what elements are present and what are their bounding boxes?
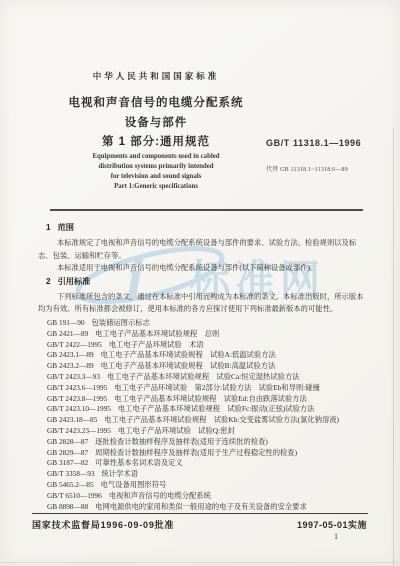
reference-item: GB/T 2423.23—1995电工电子产品环境试验 试验Q:密封 — [47, 426, 369, 437]
reference-title: 电网电源供电的家用和类似一般用途的电子及有关设备的安全要求 — [95, 502, 307, 511]
reference-title: 电工电子产品基本环境试验规程 试验Ca:恒定湿热试验方法 — [107, 372, 300, 381]
document-page: i 标准网 中华人民共和国国家标准 电视和声音信号的电缆分配系统 设备与部件 第… — [0, 0, 400, 566]
reference-title: 周期检查计数抽样程序及抽样表(适用于生产过程稳定性的检查) — [95, 448, 297, 457]
standard-type-label: 中华人民共和国国家标准 — [0, 70, 312, 82]
reference-title: 电工电子产品基本环境试验规程 总则 — [95, 329, 219, 338]
reference-title: 电工电子产品基本环境试验规程 试验B:高温试验方法 — [101, 361, 276, 370]
section-heading-references: 2引用标准 — [46, 277, 369, 287]
page-number: 1 — [334, 532, 338, 541]
reference-item: GB/T 2423.10—1995电工电子产品基本环境试验规程 试验Fc:振动(… — [47, 404, 369, 415]
reference-title: 逐批检查计数抽样程序及抽样表(适用于连续批的检查) — [95, 437, 268, 446]
footer-divider — [32, 513, 368, 514]
reference-code: GB 8898—88 — [47, 502, 88, 511]
reference-item: GB 2423.18—85电工电子产品基本环境试验规程 试验Kb:交变盐雾试验方… — [47, 415, 369, 426]
implementation-note: 1997-05-01实施 — [297, 518, 367, 531]
scope-paragraph-2: 本标准适用于电视和声音信号的电缆分配系统设备与部件(以下简称设备或部件)。 — [38, 262, 369, 275]
reference-title: 电工电子产品环境试验 术语 — [109, 340, 204, 349]
reference-title: 包装储运图示标志 — [92, 318, 150, 327]
reference-item: GB 2829—87周期检查计数抽样程序及抽样表(适用于生产过程稳定性的检查) — [47, 448, 369, 459]
scope-paragraph-1: 本标准规定了电视和声音信号的电缆分配系统设备与部件的要求、试验方法、检验规则以及… — [38, 237, 369, 262]
reference-item: GB/T 6510—1996电视和声音信号的电缆分配系统 — [47, 491, 369, 502]
reference-item: GB 8898—88电网电源供电的家用和类似一般用途的电子及有关设备的安全要求 — [47, 502, 369, 513]
reference-item: GB/T 2423.3—93电工电子产品基本环境试验规程 试验Ca:恒定湿热试验… — [47, 372, 369, 383]
reference-code: GB 5465.2—85 — [47, 480, 94, 489]
reference-title: 电视和声音信号的电缆分配系统 — [109, 491, 211, 500]
reference-code: GB/T 2423.23—1995 — [47, 426, 111, 435]
english-title-line1: Equipments and components used in cabled — [0, 152, 312, 162]
reference-code: GB/T 2422—1995 — [47, 340, 102, 349]
reference-title: 电工电子产品环境试验 第2部分:试验方法 试验Eb和导则:碰撞 — [114, 383, 320, 392]
reference-item: GB 191—90包装储运图示标志 — [47, 318, 369, 329]
standard-number: GB/T 11318.1—1996 — [266, 138, 361, 148]
reference-title: 电气设备用图形符号 — [101, 480, 167, 489]
reference-code: GB/T 2423.8—1995 — [47, 394, 107, 403]
reference-code: GB 2421—89 — [47, 329, 88, 338]
reference-code: GB 2423.18—85 — [47, 415, 97, 424]
reference-code: GB/T 2423.3—93 — [47, 372, 100, 381]
english-title-line3: for television and sound signals — [0, 172, 312, 182]
section-title: 范围 — [58, 223, 74, 232]
reference-item: GB 2423.2—89电工电子产品基本环境试验规程 试验B:高温试验方法 — [47, 361, 369, 372]
reference-item: GB/T 2423.6—1995电工电子产品环境试验 第2部分:试验方法 试验E… — [47, 383, 369, 394]
reference-item: GB 2423.1—89电工电子产品基本环境试验规程 试验A:低温试验方法 — [47, 350, 369, 361]
reference-item: GB 2828—87逐批检查计数抽样程序及抽样表(适用于连续批的检查) — [47, 437, 369, 448]
reference-item: GB/T 2422—1995电工电子产品环境试验 术语 — [47, 340, 369, 351]
scan-bottom-edge — [0, 562, 400, 563]
reference-code: GB/T 2423.10—1995 — [47, 404, 111, 413]
header-divider — [50, 209, 363, 211]
section-number: 2 — [46, 277, 51, 286]
reference-item: GB 2421—89电工电子产品基本环境试验规程 总则 — [47, 329, 369, 340]
reference-title: 电工电子产品环境试验 试验Q:密封 — [118, 426, 235, 435]
reference-code: GB 2423.2—89 — [47, 361, 94, 370]
references-intro-paragraph: 下列标准所包含的条文，通过在本标准中引用而构成为本标准的条文。本标准出版时，所示… — [38, 291, 369, 316]
document-title-line2: 设备与部件 — [0, 114, 312, 134]
reference-item: GB 3187—82可靠性基本名词术语及定义 — [47, 458, 369, 469]
references-list: GB 191—90包装储运图示标志 GB 2421—89电工电子产品基本环境试验… — [38, 318, 369, 512]
reference-title: 电工电子产品基本环境试验规程 试验Fc:振动(正弦)试验方法 — [118, 404, 315, 413]
reference-code: GB/T 6510—1996 — [47, 491, 102, 500]
reference-title: 电工电子产品基本环境试验规程 试验Kb:交变盐雾试验方法(氯化钠溶液) — [104, 415, 339, 424]
reference-code: GB 3187—82 — [47, 458, 88, 467]
reference-code: GB 2423.1—89 — [47, 350, 94, 359]
replaces-note: 代替 GB 11318.1~11318.6—89 — [266, 164, 348, 173]
reference-code: GB 191—90 — [47, 318, 85, 327]
section-number: 1 — [46, 223, 51, 232]
reference-title: 统计学术语 — [102, 469, 138, 478]
reference-item: GB/T 2423.8—1995电工电子产品基本环境试验规程 试验Ed:自由跌落… — [47, 394, 369, 405]
document-title-line1: 电视和声音信号的电缆分配系统 — [0, 94, 312, 114]
reference-title: 可靠性基本名词术语及定义 — [95, 458, 183, 467]
reference-item: GB 5465.2—85电气设备用图形符号 — [47, 480, 369, 491]
scan-edge-line — [393, 128, 395, 566]
reference-code: GB/T 3358—93 — [47, 469, 95, 478]
reference-title: 电工电子产品基本环境试验规程 试验A:低温试验方法 — [101, 350, 276, 359]
section-heading-scope: 1范围 — [46, 223, 369, 233]
reference-code: GB 2828—87 — [47, 437, 88, 446]
reference-code: GB/T 2423.6—1995 — [47, 383, 107, 392]
reference-item: GB/T 3358—93统计学术语 — [47, 469, 369, 480]
approval-note: 国家技术监督局1996-09-09批准 — [32, 518, 174, 531]
reference-title: 电工电子产品基本环境试验规程 试验Ed:自由跌落试验方法 — [114, 394, 307, 403]
reference-code: GB 2829—87 — [47, 448, 88, 457]
english-title-line4: Part 1:Generic specifications — [0, 182, 312, 192]
section-title: 引用标准 — [58, 277, 91, 286]
document-body: 1范围 本标准规定了电视和声音信号的电缆分配系统设备与部件的要求、试验方法、检验… — [38, 221, 369, 512]
